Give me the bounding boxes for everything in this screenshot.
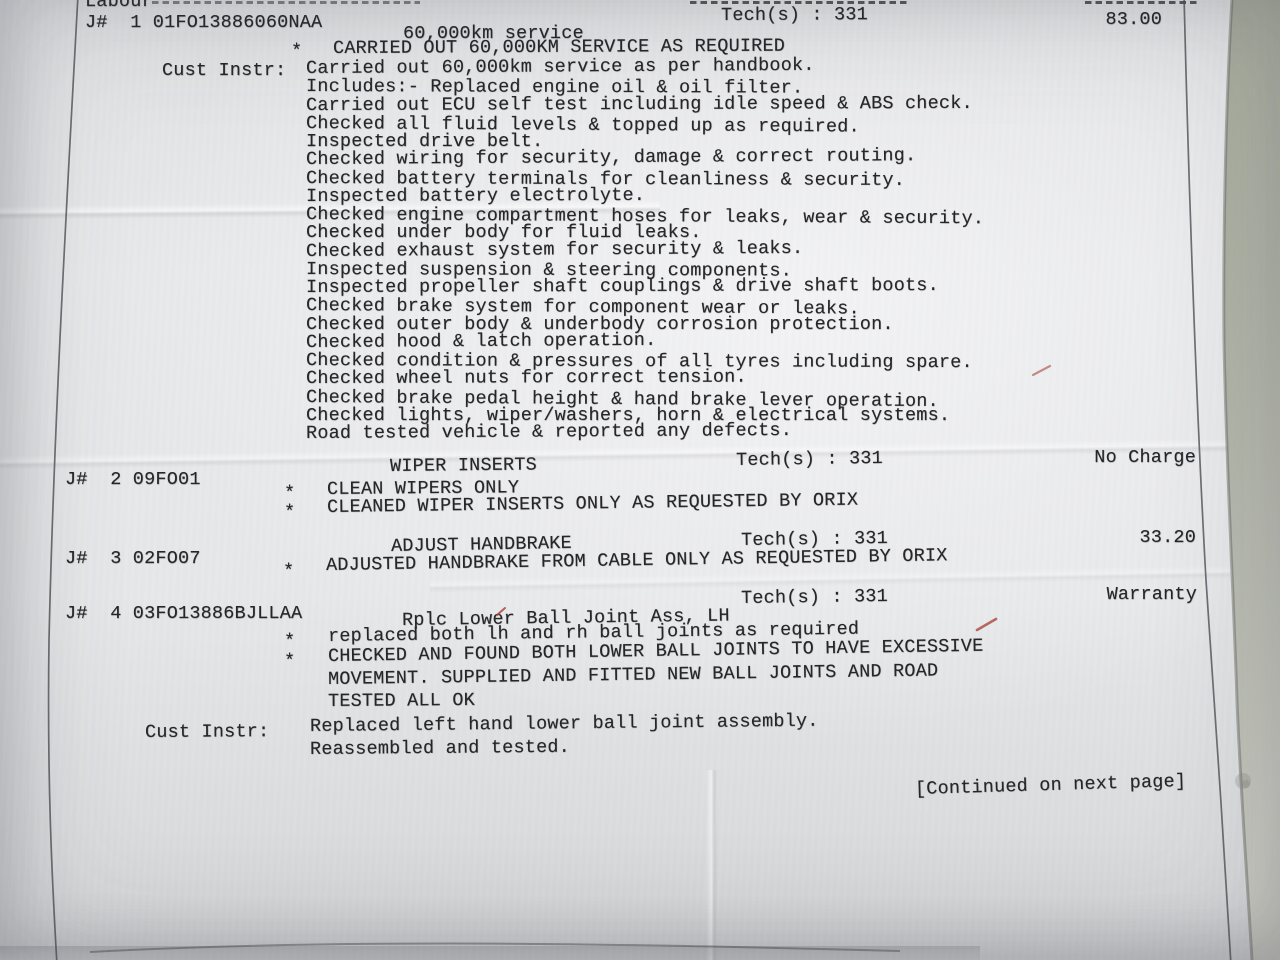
left-rule-line [49, 0, 78, 960]
pen-mark-small-slash [1033, 366, 1050, 375]
photo-overlay [0, 0, 1280, 960]
pen-mark-accent-over-lower [497, 608, 505, 615]
bottom-crease [90, 944, 900, 952]
smudge [1242, 780, 1250, 788]
right-rule-line [1184, 0, 1231, 960]
pen-mark-slash [977, 619, 996, 630]
table-background [1224, 0, 1280, 960]
invoice-photo: Labour J# 1 01FO13886060NAA Tech(s) : 33… [0, 0, 1280, 960]
